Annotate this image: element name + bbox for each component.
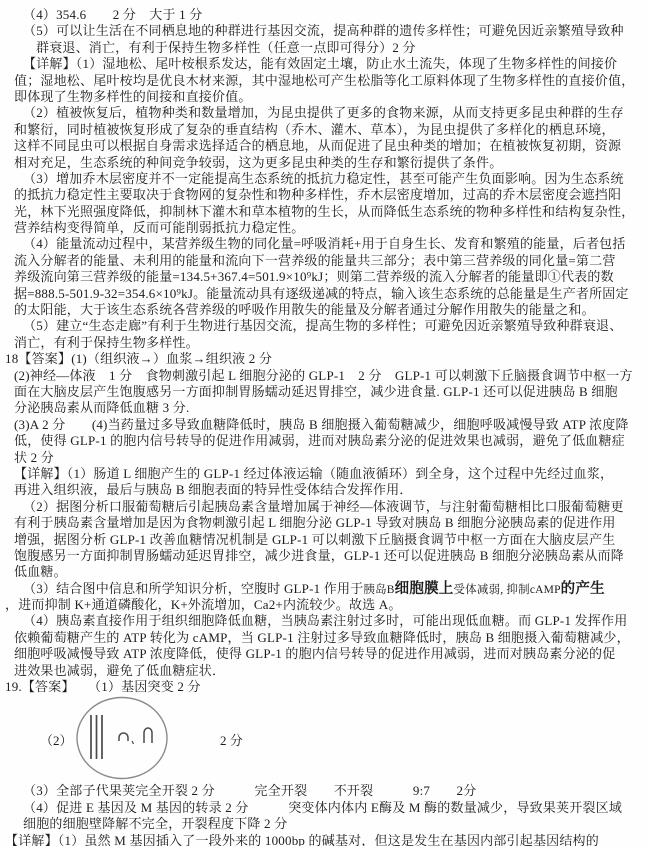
text-run: 的抵抗力稳定性主要取决于食物网的复杂性和物种多样性，乔木层密度增加，过高的乔木层… [14, 187, 621, 202]
text-line: 18【答案】(1)（组织液→）血浆→组织液 2 分 [0, 351, 647, 367]
q19-item-2-label: （2） [40, 730, 74, 749]
text-run: 据=888.5-501.9-32=354.6×10⁹kJ。能量流动具有逐级递减的… [14, 286, 629, 301]
answers-section-17-18: （4）354.6 2 分 大于 1 分（5）可以让生活在不同栖息地的种群进行基因… [0, 7, 647, 695]
text-line: 养级流向第三营养级的能量=134.5+367.4=501.9×10⁹kJ；则第二… [0, 269, 647, 285]
text-line: 饱腹感另一方面抑制胃肠蠕动延迟胃排空，减少进食量，GLP-1 还可以促进胰岛 B… [0, 548, 647, 564]
text-line: 再进入组织液，最后与胰岛 B 细胞表面的特异性受体结合发挥作用． [0, 482, 647, 498]
text-run: 依赖葡萄糖产生的 ATP 转化为 cAMP，当 GLP-1 注射过多导致血糖降低… [14, 630, 630, 645]
text-line: 的太阳能，大于该生态系统各营养级的呼吸作用散失的能量及分解者通过分解作用散失的能… [0, 302, 647, 318]
text-line: 群衰退、消亡，有利于保持生物多样性（任意一点即可得分）2 分 [0, 40, 647, 56]
text-line: 19.【答案】 （1）基因突变 2 分 [0, 679, 647, 695]
text-run: 【详解】（1）肠道 L 细胞产生的 GLP-1 经过体液运输（随血液循环）到全身… [14, 466, 613, 481]
text-line: 流入分解者的能量、未利用的能量和流向下一营养级的能量共三部分；表中第三营养级的同… [0, 253, 647, 269]
text-line: 低血糖。 [0, 564, 647, 580]
text-run: (3)A 2 分 (4)当药量过多导致血糖降低时，胰岛 B 细胞摄入葡萄糖减少，… [14, 417, 629, 432]
text-run: （2）据图分析口服葡萄糖后引起胰岛素含量增加属于神经—体液调节，与注射葡萄糖相比… [23, 499, 624, 514]
text-line: 营养结构变得简单，反而可能削弱抵抗力稳定性。 [0, 220, 647, 236]
answers-section-19: （3）全部子代果荚完全开裂 2 分 完全开裂 不开裂 9:7 2分（4）促进 E… [0, 783, 647, 846]
text-run: （4）354.6 2 分 大于 1 分 [23, 7, 203, 22]
text-run: （4）促进 E 基因及 M 基因的转录 2 分 突变体内体内 E酶及 M 酶的数… [23, 800, 622, 815]
text-line: ，进而抑制 K+通道磷酸化，K+外流增加，Ca2+内流较少。故选 A。 [0, 597, 647, 613]
text-line: 相对充足，生态系统的种间竞争较弱，这为更多昆虫种类的生存和繁衍提供了条件。 [0, 155, 647, 171]
text-line: （2）据图分析口服葡萄糖后引起胰岛素含量增加属于神经—体液调节，与注射葡萄糖相比… [0, 499, 647, 515]
comma-mark [132, 741, 134, 744]
text-run: 面在大脑皮层产生饱腹感另一方面抑制胃肠蠕动延迟胃排空，减少进食量. GLP-1 … [14, 384, 618, 399]
text-run: 相对充足，生态系统的种间竞争较弱，这为更多昆虫种类的生存和繁衍提供了条件。 [14, 155, 502, 170]
text-run: 养级流向第三营养级的能量=134.5+367.4=501.9×10⁹kJ；则第二… [14, 269, 614, 284]
text-line: （4）胰岛素直接作用于组织细胞降低血糖，当胰岛素注射过多时，可能出现低血糖。而 … [0, 613, 647, 629]
text-run: 增强，据图分析 GLP-1 改善血糖情况机制是 GLP-1 可以刺激下丘脑摄食调… [14, 532, 615, 547]
text-run: （3）全部子代果荚完全开裂 2 分 完全开裂 不开裂 9:7 2分 [23, 783, 476, 798]
arch-chromosome-small [119, 733, 128, 741]
text-run: 胰岛B [363, 584, 394, 596]
scanned-answer-page: （4）354.6 2 分 大于 1 分（5）可以让生活在不同栖息地的种群进行基因… [0, 0, 647, 846]
text-run: 群衰退、消亡，有利于保持生物多样性（任意一点即可得分）2 分 [36, 40, 416, 55]
text-line: 消亡，有利于保持生物多样性。 [0, 335, 647, 351]
text-line: （3）全部子代果荚完全开裂 2 分 完全开裂 不开裂 9:7 2分 [0, 783, 647, 799]
text-run: 消亡，有利于保持生物多样性。 [14, 335, 199, 350]
q19-item-2-score: 2 分 [220, 730, 243, 749]
text-run: 流入分解者的能量、未利用的能量和流向下一营养级的能量共三部分；表中第三营养级的同… [14, 253, 616, 268]
text-line: 值；湿地松、尾叶桉均是优良木材来源，其中湿地松可产生松脂等化工原料体现了生物多样… [0, 73, 647, 89]
cell-diagram [74, 696, 206, 782]
text-line: 【详解】（1）湿地松、尾叶桉根系发达，能有效固定土壤，防止水土流失，体现了生物多… [0, 56, 647, 72]
text-run: 和繁衍，同时植被恢复形成了复杂的垂直结构（乔木、灌木、草本），为昆虫提供了多样化… [14, 122, 615, 137]
text-run: 即体现了生物多样性的间接和直接价值。 [14, 89, 252, 104]
text-run: （5）可以让生活在不同栖息地的种群进行基因交流，提高种群的遗传多样性；可避免因近… [23, 23, 624, 38]
text-line: (2)神经—体液 1 分 食物刺激引起 L 细胞分泌的 GLP-1 2 分 GL… [0, 368, 647, 384]
text-run: 光，林下光照强度降低，抑制林下灌木和草本植物的生长，从而降低生态系统的物种多样性… [14, 204, 634, 219]
text-run: 18【答案】(1)（组织液→）血浆→组织液 2 分 [5, 351, 272, 366]
text-run: （3）结合图中信息和所学知识分析，空腹时 GLP-1 作用于 [23, 581, 363, 596]
text-line: 依赖葡萄糖产生的 ATP 转化为 cAMP，当 GLP-1 注射过多导致血糖降低… [0, 630, 647, 646]
text-line: 这样不同昆虫可以根据自身需求选择适合的栖息地，从而促进了昆虫种类的增加；在植被恢… [0, 138, 647, 154]
text-run: 【详解】（1）湿地松、尾叶桉根系发达，能有效固定土壤，防止水土流失，体现了生物多… [23, 56, 617, 71]
text-run: 低血糖。 [14, 564, 67, 579]
text-line: （5）建立“生态走廊”有利于生物进行基因交流，提高生物的多样性；可避免因近亲繁殖… [0, 318, 647, 334]
text-run: 值；湿地松、尾叶桉均是优良木材来源，其中湿地松可产生松脂等化工原料体现了生物多样… [14, 73, 634, 88]
text-run: 细胞的细胞壁降解不完全，开裂程度下降 2 分 [23, 816, 287, 831]
text-line: 进效果也减弱，避免了低血糖症状． [0, 663, 647, 679]
text-line: （5）可以让生活在不同栖息地的种群进行基因交流，提高种群的遗传多样性；可避免因近… [0, 23, 647, 39]
text-line: 即体现了生物多样性的间接和直接价值。 [0, 89, 647, 105]
text-run: 分泌胰岛素从而降低血糖 3 分. [14, 400, 189, 415]
text-run: 受体减弱, 抑制cAMP [453, 584, 560, 596]
text-run: 【详解】（1）虽然 M 基因插入了一段外来的 1000bp 的碱基对，但这是发生… [5, 833, 599, 846]
text-line: 状 2 分 [0, 450, 647, 466]
text-line: 面在大脑皮层产生饱腹感另一方面抑制胃肠蠕动延迟胃排空，减少进食量. GLP-1 … [0, 384, 647, 400]
text-line: 光，林下光照强度降低，抑制林下灌木和草本植物的生长，从而降低生态系统的物种多样性… [0, 204, 647, 220]
q19-answer-2-row: （2） 2 分 [0, 695, 647, 783]
text-line: 和繁衍，同时植被恢复形成了复杂的垂直结构（乔木、灌木、草本），为昆虫提供了多样化… [0, 122, 647, 138]
text-run: 细胞呼吸减慢导致 ATP 浓度降低，使得 GLP-1 的胞内信号转导的促进作用减… [14, 646, 615, 661]
text-run: （3）增加乔木层密度并不一定能提高生态系统的抵抗力稳定性，甚至可能产生负面影响。… [23, 171, 624, 186]
text-run: 的产生 [561, 581, 605, 597]
text-line: （4）促进 E 基因及 M 基因的转录 2 分 突变体内体内 E酶及 M 酶的数… [0, 800, 647, 816]
text-run: 饱腹感另一方面抑制胃肠蠕动延迟胃排空，减少进食量，GLP-1 还可以促进胰岛 B… [14, 548, 624, 563]
arch-chromosome-large [144, 728, 152, 743]
text-run: 再进入组织液，最后与胰岛 B 细胞表面的特异性受体结合发挥作用． [14, 482, 413, 497]
text-run: 低，使得 GLP-1 的胞内信号转导的促进作用减弱，进而对胰岛素分泌的促进效果也… [14, 433, 625, 448]
text-run: 营养结构变得简单，反而可能削弱抵抗力稳定性。 [14, 220, 304, 235]
text-line: 分泌胰岛素从而降低血糖 3 分. [0, 400, 647, 416]
text-run: 有利于胰岛素含量增加是因为食物刺激引起 L 细胞分泌 GLP-1 导致对胰岛 B… [14, 515, 616, 530]
text-run: （4）能量流动过程中，某营养级生物的同化量=呼吸消耗+用于自身生长、发育和繁殖的… [23, 236, 626, 251]
text-line: 【详解】（1）虽然 M 基因插入了一段外来的 1000bp 的碱基对，但这是发生… [0, 833, 647, 846]
text-run: 进效果也减弱，避免了低血糖症状． [14, 663, 225, 678]
text-run: 19.【答案】 （1）基因突变 2 分 [5, 679, 201, 694]
text-run: （5）建立“生态走廊”有利于生物进行基因交流，提高生物的多样性；可避免因近亲繁殖… [23, 318, 622, 333]
text-line: 的抵抗力稳定性主要取决于食物网的复杂性和物种多样性，乔木层密度增加，过高的乔木层… [0, 187, 647, 203]
text-run: 状 2 分 [14, 450, 54, 465]
text-line: 细胞呼吸减慢导致 ATP 浓度降低，使得 GLP-1 的胞内信号转导的促进作用减… [0, 646, 647, 662]
text-line: 据=888.5-501.9-32=354.6×10⁹kJ。能量流动具有逐级递减的… [0, 286, 647, 302]
text-line: 细胞的细胞壁降解不完全，开裂程度下降 2 分 [0, 816, 647, 832]
text-line: （2）植被恢复后，植物种类和数量增加，为昆虫提供了更多的食物来源，从而支持更多昆… [0, 105, 647, 121]
text-line: (3)A 2 分 (4)当药量过多导致血糖降低时，胰岛 B 细胞摄入葡萄糖减少，… [0, 417, 647, 433]
text-run: 这样不同昆虫可以根据自身需求选择适合的栖息地，从而促进了昆虫种类的增加；在植被恢… [14, 138, 621, 153]
text-line: （3）结合图中信息和所学知识分析，空腹时 GLP-1 作用于胰岛B细胞膜上受体减… [0, 581, 647, 597]
text-run: 的太阳能，大于该生态系统各营养级的呼吸作用散失的能量及分解者通过分解作用散失的能… [14, 302, 595, 317]
text-run: ，进而抑制 K+通道磷酸化，K+外流增加，Ca2+内流较少。故选 A。 [5, 597, 402, 612]
text-line: 【详解】（1）肠道 L 细胞产生的 GLP-1 经过体液运输（随血液循环）到全身… [0, 466, 647, 482]
text-line: 有利于胰岛素含量增加是因为食物刺激引起 L 细胞分泌 GLP-1 导致对胰岛 B… [0, 515, 647, 531]
text-line: （4）能量流动过程中，某营养级生物的同化量=呼吸消耗+用于自身生长、发育和繁殖的… [0, 236, 647, 252]
text-line: （3）增加乔木层密度并不一定能提高生态系统的抵抗力稳定性，甚至可能产生负面影响。… [0, 171, 647, 187]
text-run: （2）植被恢复后，植物种类和数量增加，为昆虫提供了更多的食物来源，从而支持更多昆… [23, 105, 624, 120]
text-line: 增强，据图分析 GLP-1 改善血糖情况机制是 GLP-1 可以刺激下丘脑摄食调… [0, 532, 647, 548]
text-line: （4）354.6 2 分 大于 1 分 [0, 7, 647, 23]
text-run: （4）胰岛素直接作用于组织细胞降低血糖，当胰岛素注射过多时，可能出现低血糖。而 … [23, 613, 627, 628]
text-line: 低，使得 GLP-1 的胞内信号转导的促进作用减弱，进而对胰岛素分泌的促进效果也… [0, 433, 647, 449]
text-run: (2)神经—体液 1 分 食物刺激引起 L 细胞分泌的 GLP-1 2 分 GL… [14, 368, 633, 383]
text-run: 细胞膜上 [395, 581, 454, 597]
